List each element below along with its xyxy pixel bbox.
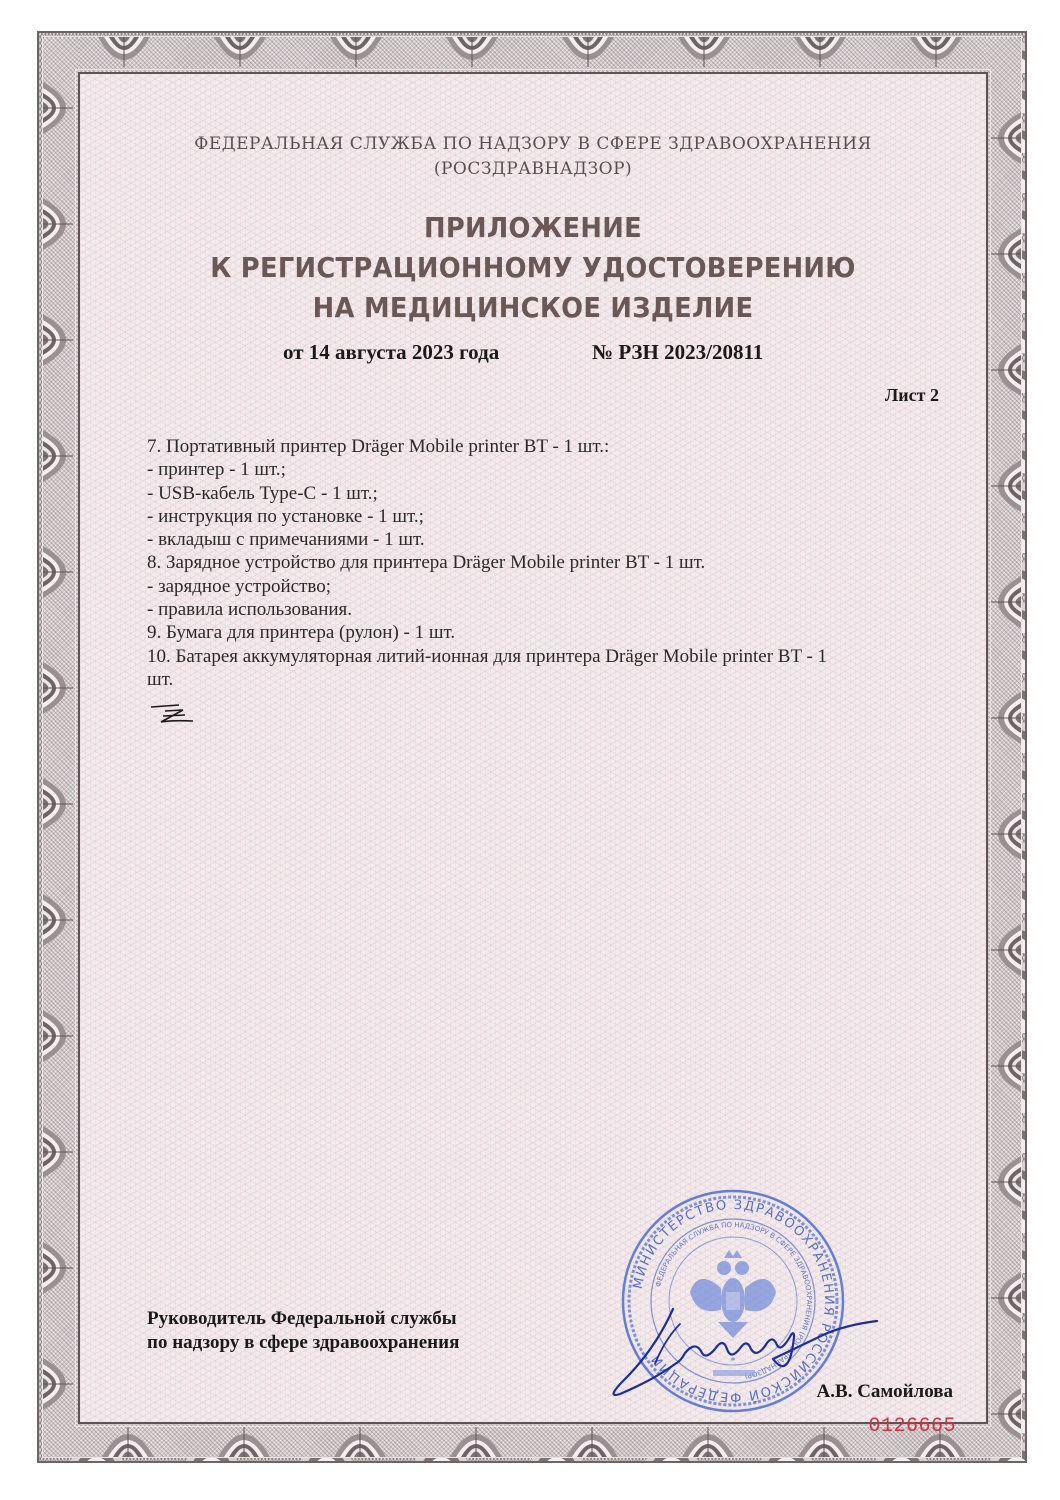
border-arch-ornament-icon bbox=[43, 542, 79, 602]
list-item: - зарядное устройство; bbox=[147, 575, 947, 598]
border-arch-ornament-icon bbox=[985, 1384, 1021, 1444]
border-arch-ornament-icon bbox=[562, 1421, 622, 1457]
border-arch-ornament-icon bbox=[43, 1122, 79, 1182]
border-arch-ornament-icon bbox=[43, 1238, 79, 1298]
title-line-3: НА МЕДИЦИНСКОЕ ИЗДЕЛИЕ bbox=[116, 288, 950, 328]
border-arch-ornament-icon bbox=[985, 108, 1021, 168]
border-arch-ornament-icon bbox=[985, 1152, 1021, 1212]
border-arch-ornament-icon bbox=[985, 920, 1021, 980]
agency-abbreviation: (РОСЗДРАВНАДЗОР) bbox=[80, 157, 986, 182]
border-arch-ornament-icon bbox=[794, 1421, 854, 1457]
document-title: ПРИЛОЖЕНИЕ К РЕГИСТРАЦИОННОМУ УДОСТОВЕРЕ… bbox=[116, 208, 950, 328]
border-arch-ornament-icon bbox=[210, 37, 270, 73]
border-arch-ornament-icon bbox=[43, 194, 79, 254]
list-item: - USB-кабель Type-C - 1 шт.; bbox=[147, 482, 947, 505]
guilloche-border-top bbox=[44, 37, 1020, 73]
agency-name: ФЕДЕРАЛЬНАЯ СЛУЖБА ПО НАДЗОРУ В СФЕРЕ ЗД… bbox=[80, 132, 986, 157]
list-item: 10. Батарея аккумуляторная литий-ионная … bbox=[147, 645, 947, 668]
border-arch-ornament-icon bbox=[558, 37, 618, 73]
border-arch-ornament-icon bbox=[43, 310, 79, 370]
list-item: 7. Портативный принтер Dräger Mobile pri… bbox=[147, 435, 947, 458]
list-item: - правила использования. bbox=[147, 598, 947, 621]
list-item: 9. Бумага для принтера (рулон) - 1 шт. bbox=[147, 621, 947, 644]
border-arch-ornament-icon bbox=[43, 78, 79, 138]
border-arch-ornament-icon bbox=[214, 1421, 274, 1457]
guilloche-border-right bbox=[985, 38, 1021, 1456]
border-arch-ornament-icon bbox=[985, 1036, 1021, 1096]
border-arch-ornament-icon bbox=[790, 37, 850, 73]
border-arch-ornament-icon bbox=[985, 688, 1021, 748]
handwritten-z-mark-icon bbox=[149, 701, 197, 727]
issue-date: от 14 августа 2023 года bbox=[283, 340, 499, 365]
list-item: шт. bbox=[147, 668, 947, 691]
guilloche-border-left bbox=[43, 38, 79, 1456]
border-arch-ornament-icon bbox=[985, 456, 1021, 516]
signatory-position: Руководитель Федеральной службы по надзо… bbox=[147, 1307, 459, 1355]
list-item: 8. Зарядное устройство для принтера Dräg… bbox=[147, 551, 947, 574]
border-arch-ornament-icon bbox=[43, 658, 79, 718]
border-arch-ornament-icon bbox=[678, 1421, 738, 1457]
border-arch-ornament-icon bbox=[985, 804, 1021, 864]
border-arch-ornament-icon bbox=[43, 1354, 79, 1414]
list-item: - принтер - 1 шт.; bbox=[147, 458, 947, 481]
registration-number: № РЗН 2023/20811 bbox=[592, 340, 763, 365]
border-arch-ornament-icon bbox=[43, 426, 79, 486]
list-item: - вкладыш с примечаниями - 1 шт. bbox=[147, 528, 947, 551]
border-arch-ornament-icon bbox=[442, 37, 502, 73]
border-arch-ornament-icon bbox=[985, 224, 1021, 284]
position-line-2: по надзору в сфере здравоохранения bbox=[147, 1331, 459, 1355]
border-arch-ornament-icon bbox=[98, 1421, 158, 1457]
border-arch-ornament-icon bbox=[94, 37, 154, 73]
border-arch-ornament-icon bbox=[674, 37, 734, 73]
border-arch-ornament-icon bbox=[446, 1421, 506, 1457]
border-arch-ornament-icon bbox=[985, 1268, 1021, 1328]
sheet-number: Лист 2 bbox=[885, 385, 939, 406]
border-arch-ornament-icon bbox=[906, 37, 966, 73]
border-arch-ornament-icon bbox=[43, 774, 79, 834]
border-arch-ornament-icon bbox=[330, 1421, 390, 1457]
title-line-2: К РЕГИСТРАЦИОННОМУ УДОСТОВЕРЕНИЮ bbox=[116, 248, 950, 288]
item-list: 7. Портативный принтер Dräger Mobile pri… bbox=[147, 435, 947, 691]
serial-number: 0126665 bbox=[868, 1415, 956, 1438]
border-arch-ornament-icon bbox=[985, 572, 1021, 632]
signer-name: А.В. Самойлова bbox=[817, 1381, 953, 1403]
document-body: ФЕДЕРАЛЬНАЯ СЛУЖБА ПО НАДЗОРУ В СФЕРЕ ЗД… bbox=[78, 72, 988, 1424]
list-item: - инструкция по установке - 1 шт.; bbox=[147, 505, 947, 528]
title-line-1: ПРИЛОЖЕНИЕ bbox=[116, 208, 950, 248]
border-arch-ornament-icon bbox=[43, 1006, 79, 1066]
border-arch-ornament-icon bbox=[43, 890, 79, 950]
position-line-1: Руководитель Федеральной службы bbox=[147, 1307, 459, 1331]
agency-header: ФЕДЕРАЛЬНАЯ СЛУЖБА ПО НАДЗОРУ В СФЕРЕ ЗД… bbox=[80, 132, 986, 182]
border-arch-ornament-icon bbox=[985, 340, 1021, 400]
border-arch-ornament-icon bbox=[326, 37, 386, 73]
